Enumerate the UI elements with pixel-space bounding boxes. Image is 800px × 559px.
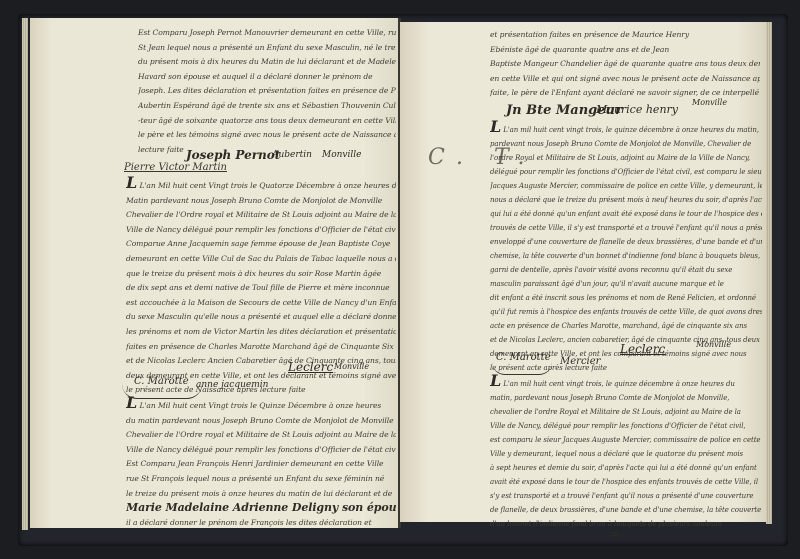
text-line: le treize du présent mois à onze heures …: [126, 487, 396, 502]
text-line: masculin paraissant âgé d'un jour, qu'il…: [490, 277, 762, 291]
text-line: matin, pardevant nous Joseph Bruno Comte…: [490, 391, 762, 405]
text-line: Chevalier de l'Ordre royal et Militaire …: [126, 428, 396, 443]
left-entry-3-text: L L'an Mil huit cent Vingt trois le Quin…: [126, 396, 396, 530]
text-line: l'ordre Royal et Militaire de St Louis, …: [490, 151, 762, 165]
signature-leclerc: Leclerc: [620, 342, 665, 356]
text-line: demeurant en cette Ville Cul de Sac du P…: [126, 252, 396, 267]
text-line: est comparu le sieur Jacques Auguste Mer…: [490, 433, 762, 447]
text-line: il a déclaré donner le prénom de Françoi…: [126, 516, 396, 531]
text-line: nous a déclaré que le treize du présent …: [490, 193, 762, 207]
text-line: Chevalier de l'Ordre royal et Militaire …: [126, 208, 396, 223]
text-line: qui lui a été donné qu'un enfant avait é…: [490, 207, 762, 221]
signature-monville: Monville: [696, 340, 731, 349]
right-entry-3-continuation: et présentation faites en présence de Ma…: [490, 28, 760, 101]
right-entry-4-text: L L'an mil huit cent vingt trois, le qui…: [490, 120, 762, 375]
text-line: en cette Ville et qui ont signé avec nou…: [490, 72, 760, 87]
text-line: -teur âgé de soixante quatorze ans tous …: [138, 114, 396, 129]
text-line: Ville de Nancy délégué pour remplir les …: [126, 223, 396, 238]
text-line: Jacques Auguste Mercier, commissaire de …: [490, 179, 762, 193]
text-line: Comparue Anne Jacquemin sage femme épous…: [126, 237, 396, 252]
text-line: avait été exposé dans le tour de l'hospi…: [490, 475, 762, 489]
text-line: Marie Madelaine Adrienne Deligny son épo…: [126, 501, 396, 516]
signature-joseph-pernot: Joseph Pernot: [186, 148, 280, 162]
signature-monville: Monville: [334, 362, 369, 371]
text-line: pardevant nous Joseph Bruno Comte de Mon…: [490, 137, 762, 151]
text-line: de dix sept ans et demi native de Toul f…: [126, 281, 396, 296]
text-line: qu'il fut remis à l'hospice des enfants …: [490, 305, 762, 319]
text-line: Ville y demeurant, lequel nous a déclaré…: [490, 447, 762, 461]
text-line: L L'an Mil huit cent Vingt trois le Quin…: [126, 396, 396, 414]
page-edges-right: [766, 22, 772, 524]
signature-monville: Monville: [322, 150, 361, 160]
end-mark: =: [610, 527, 620, 541]
text-line: s'y est transporté et a trouvé l'enfant …: [490, 489, 762, 503]
text-line: L L'an mil huit cent vingt trois, le qui…: [490, 374, 762, 391]
page-edges-left: [22, 18, 28, 530]
text-line: d'un bonnet d'indienne fond brun à bouqu…: [490, 517, 762, 531]
text-line: Ville de Nancy délégué pour remplir les …: [126, 443, 396, 458]
entry-margin-title: Pierre Victor Martin: [124, 162, 227, 173]
text-line: L L'an mil huit cent vingt trois, le qui…: [490, 120, 762, 137]
text-line: chemise, la tête couverte d'un bonnet d'…: [490, 249, 762, 263]
right-entry-5-text: L L'an mil huit cent vingt trois, le qui…: [490, 374, 762, 531]
text-line: L L'an Mil huit cent Vingt trois le Quat…: [126, 176, 396, 194]
text-line: Matin pardevant nous Joseph Bruno Comte …: [126, 194, 396, 209]
left-entry-1-text: Est Comparu Joseph Pernot Manouvrier dem…: [138, 26, 396, 157]
text-line: Ebéniste âgé de quarante quatre ans et d…: [490, 43, 760, 58]
text-line: le père et les témoins signé avec nous l…: [138, 128, 396, 143]
text-line: du présent mois à dix heures du Matin de…: [138, 55, 396, 70]
text-line: enveloppé d'une couverture de flanelle d…: [490, 235, 762, 249]
text-line: Havard son épouse et auquel il a déclaré…: [138, 70, 396, 85]
text-line: acte en présence de Charles Marotte, mar…: [490, 319, 762, 333]
text-line: faites en présence de Charles Marotte Ma…: [126, 340, 396, 355]
text-line: trouvés de cette Ville, il s'y est trans…: [490, 221, 762, 235]
text-line: Baptiste Mangeur Chandelier âgé de quara…: [490, 57, 760, 72]
signature-jacquemin: anne jacquemin: [196, 380, 268, 390]
text-line: Ville de Nancy, délégué pour remplir les…: [490, 419, 762, 433]
signature-leclerc: Leclerc: [288, 360, 333, 374]
text-line: du sexe Masculin qu'elle nous a présenté…: [126, 310, 396, 325]
text-line: est accouchée à la Maison de Secours de …: [126, 296, 396, 311]
text-line: Est Comparu Jean François Henri Jardinie…: [126, 457, 396, 472]
text-line: délégué pour remplir les fonctions d'Off…: [490, 165, 762, 179]
signature-mercier: Mercier: [560, 356, 600, 367]
text-line: dit enfant a été inscrit sous les prénom…: [490, 291, 762, 305]
text-line: St Jean lequel nous a présenté un Enfant…: [138, 41, 396, 56]
text-line: Aubertin Espérand âgé de trente six ans …: [138, 99, 396, 114]
text-line: que le treize du présent mois à dix heur…: [126, 267, 396, 282]
signature-maurice-henry: Maurice henry: [596, 103, 678, 116]
text-line: chevalier de l'ordre Royal et Militaire …: [490, 405, 762, 419]
text-line: de flanelle, de deux brassières, d'une b…: [490, 503, 762, 517]
text-line: rue St François lequel nous a présenté u…: [126, 472, 396, 487]
text-line: garni de dentelle, après l'avoir visité …: [490, 263, 762, 277]
text-line: et présentation faites en présence de Ma…: [490, 28, 760, 43]
text-line: du matin pardevant nous Joseph Bruno Com…: [126, 414, 396, 429]
text-line: les prénoms et nom de Victor Martin les …: [126, 325, 396, 340]
text-line: Joseph. Les dites déclaration et présent…: [138, 84, 396, 99]
signature-aubertin: Aubertin: [272, 150, 312, 160]
text-line: Est Comparu Joseph Pernot Manouvrier dem…: [138, 26, 396, 41]
text-line: à sept heures et demie du soir, d'après …: [490, 461, 762, 475]
signature-monville: Monville: [692, 98, 727, 107]
